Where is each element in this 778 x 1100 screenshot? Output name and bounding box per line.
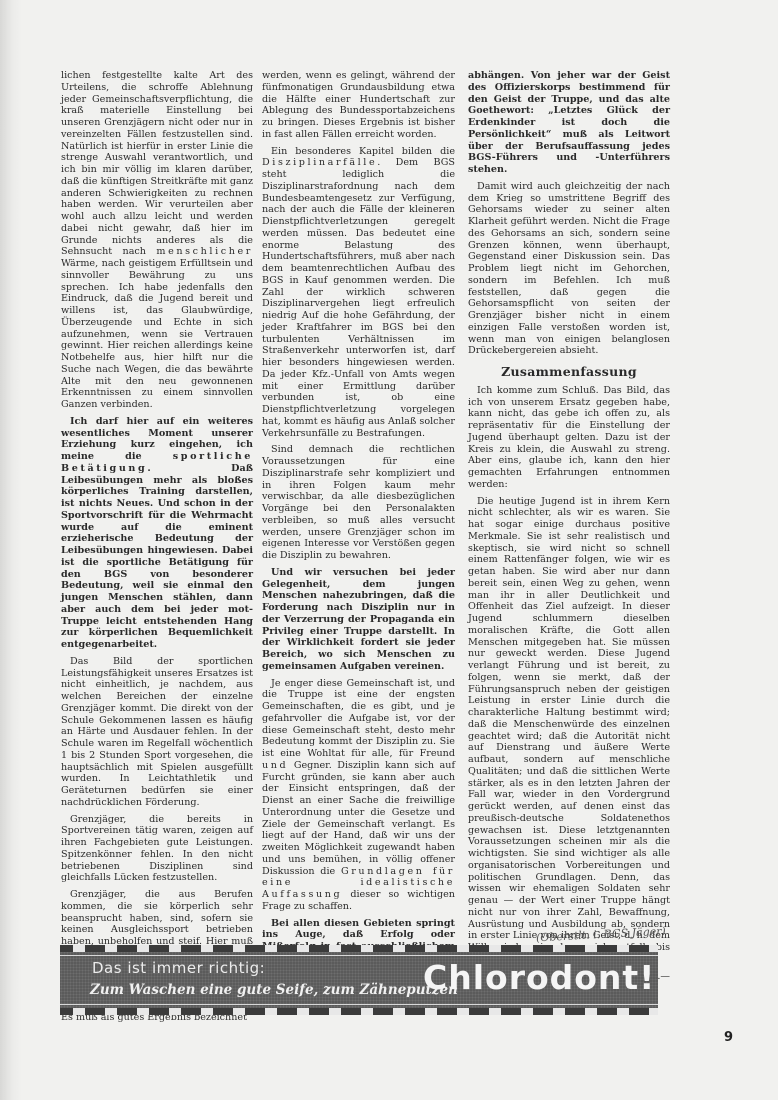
article-column-1: lichen festgestellte kalte Art des Urtei… [61,70,253,1028]
paragraph: Das Bild der sportlichen Leistungsfähigk… [61,656,253,809]
paragraph: Je enger diese Gemeinschaft ist, und die… [262,678,455,913]
paragraph: werden, wenn es gelingt, während der fün… [262,70,455,141]
article-column-2: werden, wenn es gelingt, während der fün… [262,70,455,1005]
paragraph-bold: Und wir versuchen bei jeder Gelegenheit,… [262,567,455,673]
paragraph: Sind demnach die rechtlichen Voraussetzu… [262,444,455,562]
paragraph: Grenzjäger, die bereits in Sportvereinen… [61,814,253,885]
paragraph: Ein besonderes Kapitel bilden die Diszip… [262,146,455,440]
paragraph-bold: abhängen. Von jeher war der Geist des Of… [468,70,670,176]
section-heading: Zusammenfassung [468,366,670,378]
page-number: 9 [724,1030,733,1045]
divider [60,955,658,956]
paragraph: Die heutige Jugend ist in ihrem Kern nic… [468,496,670,966]
ad-slogan: Zum Waschen eine gute Seife, zum Zähnepu… [90,982,458,998]
paragraph: Ich komme zum Schluß. Das Bild, das ich … [468,385,670,491]
film-strip-top [60,945,658,952]
divider [60,1004,658,1005]
paragraph: Damit wird auch gleichzeitig der nach de… [468,181,670,357]
article-column-3: abhängen. Von jeher war der Geist des Of… [468,70,670,982]
page-binding-shadow [0,0,22,1100]
ad-tagline: Das ist immer richtig: [92,959,265,977]
chlorodont-advertisement: Das ist immer richtig: Zum Waschen eine … [60,945,658,1015]
film-strip-bottom [60,1008,658,1015]
paragraph-bold: Ich darf hier auf ein weiteres wesentlic… [61,416,253,651]
paragraph: lichen festgestellte kalte Art des Urtei… [61,70,253,411]
ad-brand-name: Chlorodont! [423,958,655,997]
